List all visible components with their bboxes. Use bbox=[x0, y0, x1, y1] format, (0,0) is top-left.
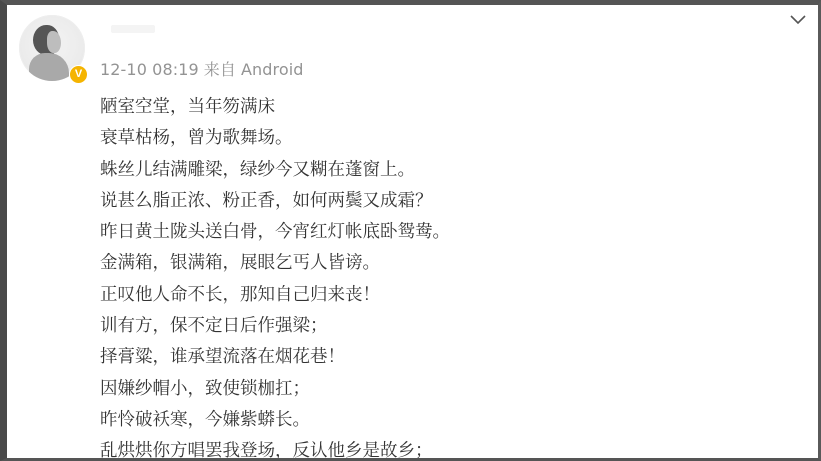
post-line: 择膏粱，谁承望流落在烟花巷！ bbox=[100, 342, 450, 373]
post-line: 昨日黄土陇头送白骨，今宵红灯帐底卧鸳鸯。 bbox=[100, 217, 450, 248]
avatar-body-shape bbox=[29, 53, 69, 81]
post-timestamp[interactable]: 12-10 08:19 bbox=[100, 60, 199, 79]
avatar-face-shape bbox=[47, 31, 61, 53]
post-line: 说甚么脂正浓、粉正香，如何两鬓又成霜？ bbox=[100, 186, 450, 217]
post-line: 金满箱，银满箱，展眼乞丐人皆谤。 bbox=[100, 248, 450, 279]
post-line: 昨怜破袄寒，今嫌紫蟒长。 bbox=[100, 405, 450, 436]
source-prefix: 来自 bbox=[204, 60, 236, 79]
post-body: 陋室空堂，当年笏满床 衰草枯杨，曾为歌舞场。 蛛丝儿结满雕梁，绿纱今又糊在蓬窗上… bbox=[100, 92, 450, 461]
post-line: 衰草枯杨，曾为歌舞场。 bbox=[100, 123, 450, 154]
post-source: Android bbox=[241, 60, 304, 79]
post-line: 训有方，保不定日后作强梁； bbox=[100, 311, 450, 342]
post-line: 乱烘烘你方唱罢我登场，反认他乡是故乡； bbox=[100, 436, 450, 461]
post-card: V 12-10 08:19来自Android 陋室空堂，当年笏满床 衰草枯杨，曾… bbox=[0, 0, 821, 461]
post-line: 因嫌纱帽小，致使锁枷扛； bbox=[100, 374, 450, 405]
post-line: 陋室空堂，当年笏满床 bbox=[100, 92, 450, 123]
author-name[interactable] bbox=[111, 25, 155, 33]
post-meta: 12-10 08:19来自Android bbox=[100, 57, 309, 80]
post-line: 蛛丝儿结满雕梁，绿纱今又糊在蓬窗上。 bbox=[100, 155, 450, 186]
chevron-down-icon bbox=[788, 12, 808, 28]
post-menu-button[interactable] bbox=[788, 12, 808, 28]
post-line: 正叹他人命不长，那知自己归来丧！ bbox=[100, 280, 450, 311]
verified-badge-icon: V bbox=[69, 65, 88, 84]
